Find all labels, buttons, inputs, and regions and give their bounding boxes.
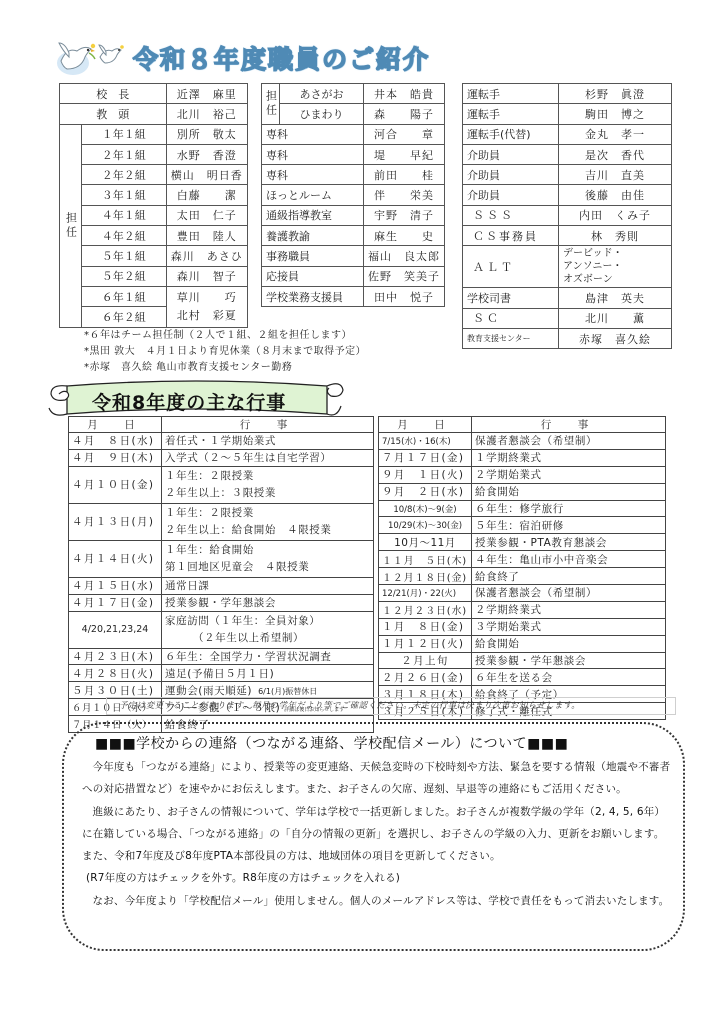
event-main: 運動会(雨天順延) (165, 685, 252, 697)
role-cell: 応接員 (262, 266, 364, 286)
event-note: 6/1(月)振替休日 (258, 687, 317, 696)
event-name: 授業参観・学年懇談会 (162, 594, 374, 611)
event-name: ５年生：宿泊研修 (472, 517, 666, 534)
table-row: 校 長 近澤 麻里 (60, 84, 248, 104)
table-row: 介助員後藤 由佳 (463, 185, 672, 205)
table-row: 事務職員福山 良太郎 (262, 246, 445, 266)
team-teacher-cell: 草川 巧 北村 彩夏 (166, 286, 248, 327)
table-row: ４月１４日(火)１年生：給食開始第１回地区児童会 ４限授業 (69, 540, 374, 577)
table-row: ほっとルーム伴 栄美 (262, 185, 445, 205)
table-row: 担任 あさがお 井本 皓貴 (262, 84, 445, 104)
name-line: デービッド・ (563, 247, 667, 260)
table-row: ５年２組森川 智子 (60, 266, 248, 286)
event-date: 10/8(木)～9(金) (379, 500, 472, 517)
event-name: １年生：給食開始第１回地区児童会 ４限授業 (162, 540, 374, 577)
notice-title: ■■■学校からの連絡（つながる連絡、学校配信メール）について■■■ (95, 733, 568, 753)
name-cell: 佐野 笑美子 (364, 266, 445, 286)
table-row: ６年１組 草川 巧 北村 彩夏 (60, 286, 248, 306)
role-cell: 教 頭 (60, 104, 167, 124)
name-cell: 島津 英夫 (559, 288, 672, 308)
event-line: １年生：２限授業 (165, 468, 370, 485)
event-line: （２年生以上希望制） (165, 630, 370, 647)
name-cell: 後藤 由佳 (559, 185, 672, 205)
class-cell: ひまわり (280, 104, 364, 124)
event-name: 授業参観・学年懇談会 (472, 652, 666, 669)
table-row: ＣＳ事務員林 秀則 (463, 226, 672, 246)
class-cell: あさがお (280, 84, 364, 104)
name-cell: 金丸 孝一 (559, 124, 672, 144)
event-name: ６年生：修学旅行 (472, 500, 666, 517)
role-cell: 運転手(代替) (463, 124, 559, 144)
event-date: ４月１７日(金) (69, 594, 162, 611)
staff-table-principal-homeroom: 校 長 近澤 麻里 教 頭 北川 裕己 担任 １年１組 別所 敬太 ２年１組水野… (59, 83, 248, 328)
notice-paragraph: 進級にあたり、お子さんの情報について、学年は学校で一括更新しました。お子さんが複… (82, 801, 672, 868)
name-line: 北村 彩夏 (171, 307, 244, 325)
name-cell: 堤 早紀 (364, 144, 445, 164)
event-name: 通常日課 (162, 577, 374, 594)
event-name: 給食終了 (472, 568, 666, 585)
role-cell: 運転手 (463, 104, 559, 124)
name-cell: 森川 あさひ (166, 246, 248, 266)
table-row: 運転手(代替)金丸 孝一 (463, 124, 672, 144)
role-cell: 運転手 (463, 84, 559, 104)
class-cell: ４年１組 (82, 205, 167, 225)
event-name: ４年生：亀山市小中音楽会 (472, 551, 666, 568)
notice-body: 今年度も「つながる連絡」により、授業等の変更連絡、天候急変時の下校時刻や方法、緊… (82, 756, 672, 912)
events-table-second-half: 月 日 行 事 7/15(水)・16(木)保護者懇談会（希望制） ７月１７日(金… (378, 416, 666, 720)
event-date: ９月 ２日(水) (379, 483, 472, 500)
table-row: 専科河合 章 (262, 124, 445, 144)
table-header-row: 月 日 行 事 (379, 417, 666, 433)
role-cell: 介助員 (463, 185, 559, 205)
table-row: 学校業務支援員田中 悦子 (262, 286, 445, 306)
event-name: １年生：２限授業２年生以上：給食開始 ４限授業 (162, 503, 374, 540)
table-row: ４月１０日(金)１年生：２限授業２年生以上：３限授業 (69, 466, 374, 503)
table-row: ひまわり 森 陽子 (262, 104, 445, 124)
role-cell: 校 長 (60, 84, 167, 104)
event-name: 給食開始 (472, 483, 666, 500)
name-cell: 伴 栄美 (364, 185, 445, 205)
event-date: ９月 １日(火) (379, 466, 472, 483)
name-cell: 杉野 眞澄 (559, 84, 672, 104)
role-cell: ＳＣ (463, 308, 559, 328)
role-cell: 専科 (262, 165, 364, 185)
class-cell: ６年１組 (82, 286, 167, 306)
staff-table-special: 担任 あさがお 井本 皓貴 ひまわり 森 陽子 専科河合 章 専科堤 早紀 専科… (261, 83, 445, 307)
dove-icon (55, 39, 97, 77)
role-cell: 学校司書 (463, 288, 559, 308)
dove-small-icon (97, 42, 125, 68)
table-row: 教 頭 北川 裕己 (60, 104, 248, 124)
event-date: ４月 ９日(木) (69, 449, 162, 466)
event-date: １１月 ５日(木) (379, 551, 472, 568)
name-cell: 田中 悦子 (364, 286, 445, 306)
table-row: １月１２日(火)給食開始 (379, 635, 666, 652)
name-cell: 前田 桂 (364, 165, 445, 185)
event-line: ２年生以上：給食開始 ４限授業 (165, 522, 370, 539)
table-row: ５年１組森川 あさひ (60, 246, 248, 266)
event-name: ３学期始業式 (472, 618, 666, 635)
event-name: ６年生を送る会 (472, 669, 666, 686)
page-title: 令和８年度職員のご紹介 (133, 40, 430, 76)
table-row: 運転手駒田 博之 (463, 104, 672, 124)
role-cell: 事務職員 (262, 246, 364, 266)
event-date: ４月２３日(木) (69, 648, 162, 665)
note-line: *赤塚 喜久絵 亀山市教育支援センター勤務 (84, 360, 366, 376)
name-cell: 水野 香澄 (166, 144, 248, 164)
note-line: *６年はチーム担任制（２人で１組、２組を担任します） (84, 328, 366, 344)
events-title: 令和8年度の主な行事 (92, 388, 286, 415)
table-row: １２月１８日(金)給食終了 (379, 568, 666, 585)
name-cell: 赤塚 喜久絵 (559, 328, 672, 348)
event-date: 12/21(月)・22(火) (379, 585, 472, 602)
event-date: 7/15(水)・16(木) (379, 433, 472, 450)
table-row: ３年１組白藤 潔 (60, 185, 248, 205)
event-name: ２学期始業式 (472, 466, 666, 483)
event-line: １年生：給食開始 (165, 542, 370, 559)
table-row: ９月 ２日(水)給食開始 (379, 483, 666, 500)
event-name: 授業参観・PTA教育懇談会 (472, 534, 666, 551)
role-cell: 教育支援センター (463, 328, 559, 348)
event-name: 給食開始 (472, 635, 666, 652)
class-cell: ５年１組 (82, 246, 167, 266)
table-row: ４年２組豊田 陸人 (60, 226, 248, 246)
page-header: 令和８年度職員のご紹介 (55, 38, 430, 78)
table-row: ９月 １日(火)２学期始業式 (379, 466, 666, 483)
role-cell: ＣＳ事務員 (463, 226, 559, 246)
table-row: 運転手杉野 眞澄 (463, 84, 672, 104)
table-row: ＳＳＳ内田 くみ子 (463, 205, 672, 225)
role-cell: ＡＬＴ (463, 246, 559, 288)
name-cell: 森 陽子 (364, 104, 445, 124)
events-table-first-half: 月 日 行 事 ４月 ８日(水)着任式・１学期始業式 ４月 ９日(木)入学式（２… (68, 416, 374, 733)
event-date: ２月２６日(金) (379, 669, 472, 686)
event-date: １２月２３日(水) (379, 601, 472, 618)
role-cell: ＳＳＳ (463, 205, 559, 225)
header-event: 行 事 (472, 417, 666, 433)
event-name: 遠足(予備日５月１日) (162, 665, 374, 682)
name-cell: 宇野 清子 (364, 205, 445, 225)
table-row: ２年２組横山 明日香 (60, 165, 248, 185)
role-cell: 介助員 (463, 165, 559, 185)
role-cell: 学校業務支援員 (262, 286, 364, 306)
homeroom-label: 担任 (60, 124, 82, 327)
table-row: ＳＣ北川 薫 (463, 308, 672, 328)
event-date: ４月 ８日(水) (69, 433, 162, 450)
event-date: １月 ８日(金) (379, 618, 472, 635)
event-date: １２月１８日(金) (379, 568, 472, 585)
event-name: 着任式・１学期始業式 (162, 433, 374, 450)
table-row: １月 ８日(金)３学期始業式 (379, 618, 666, 635)
event-date: ４月１４日(火) (69, 540, 162, 577)
table-row: ４年１組太田 仁子 (60, 205, 248, 225)
class-cell: ４年２組 (82, 226, 167, 246)
table-row: 教育支援センター赤塚 喜久絵 (463, 328, 672, 348)
name-cell: 内田 くみ子 (559, 205, 672, 225)
table-row: ４月１３日(月)１年生：２限授業２年生以上：給食開始 ４限授業 (69, 503, 374, 540)
table-row: 専科堤 早紀 (262, 144, 445, 164)
table-row: ２月２６日(金)６年生を送る会 (379, 669, 666, 686)
table-row: ７月１７日(金)１学期終業式 (379, 449, 666, 466)
event-date: １月１２日(火) (379, 635, 472, 652)
event-date: ４月２８日(火) (69, 665, 162, 682)
name-cell: 駒田 博之 (559, 104, 672, 124)
event-date: ４月１５日(水) (69, 577, 162, 594)
role-cell: 介助員 (463, 144, 559, 164)
table-row: 10/29(木)～30(金)５年生：宿泊研修 (379, 517, 666, 534)
table-row: ４月１７日(金)授業参観・学年懇談会 (69, 594, 374, 611)
event-line: 家庭訪問（１年生：全員対象） (165, 613, 370, 630)
table-row: ４月２３日(木)６年生：全国学力・学習状況調査 (69, 648, 374, 665)
name-cell: 北川 薫 (559, 308, 672, 328)
table-row: 介助員是次 香代 (463, 144, 672, 164)
name-cell: 豊田 陸人 (166, 226, 248, 246)
table-row: 7/15(水)・16(木)保護者懇談会（希望制） (379, 433, 666, 450)
class-cell: ２年１組 (82, 144, 167, 164)
table-row: 応接員佐野 笑美子 (262, 266, 445, 286)
table-row: ２月上旬授業参観・学年懇談会 (379, 652, 666, 669)
name-cell: 太田 仁子 (166, 205, 248, 225)
name-cell: 近澤 麻里 (166, 84, 248, 104)
name-cell: 林 秀則 (559, 226, 672, 246)
table-row: ４月１５日(水)通常日課 (69, 577, 374, 594)
event-date: 10/29(木)～30(金) (379, 517, 472, 534)
role-cell: ほっとルーム (262, 185, 364, 205)
table-row: 12/21(月)・22(火)保護者懇談会（希望制） (379, 585, 666, 602)
table-row: 通級指導教室宇野 清子 (262, 205, 445, 225)
name-cell: 是次 香代 (559, 144, 672, 164)
event-name: ２学期終業式 (472, 601, 666, 618)
class-cell: ３年１組 (82, 185, 167, 205)
name-cell: 麻生 史 (364, 226, 445, 246)
table-row: 4/20,21,23,24家庭訪問（１年生：全員対象） （２年生以上希望制） (69, 611, 374, 648)
schedule-disclaimer: 予定は変更することがあります。毎月の学年だより等でご確認ください。未定の行事は決… (106, 697, 676, 715)
class-cell: ５年２組 (82, 266, 167, 286)
event-name: １年生：２限授業２年生以上：３限授業 (162, 466, 374, 503)
table-row: 学校司書島津 英夫 (463, 288, 672, 308)
alt-name-cell: デービッド・ アンソニー・ オズボーン (559, 246, 672, 288)
staff-table-support: 運転手杉野 眞澄 運転手駒田 博之 運転手(代替)金丸 孝一 介助員是次 香代 … (462, 83, 672, 349)
name-cell: 福山 良太郎 (364, 246, 445, 266)
header-date: 月 日 (69, 417, 162, 433)
table-row: 専科前田 桂 (262, 165, 445, 185)
homeroom-label: 担任 (262, 84, 280, 125)
role-cell: 専科 (262, 124, 364, 144)
name-cell: 別所 敬太 (166, 124, 248, 144)
name-cell: 河合 章 (364, 124, 445, 144)
staff-notes: *６年はチーム担任制（２人で１組、２組を担任します） *黒田 敦大 ４月１日より… (84, 328, 366, 376)
event-date: ７月１７日(金) (379, 449, 472, 466)
table-row: 10月～11月授業参観・PTA教育懇談会 (379, 534, 666, 551)
event-date: 10月～11月 (379, 534, 472, 551)
event-date: ４月１０日(金) (69, 466, 162, 503)
note-line: *黒田 敦大 ４月１日より育児休業（８月末まで取得予定） (84, 344, 366, 360)
event-line: 第１回地区児童会 ４限授業 (165, 559, 370, 576)
name-line: アンソニー・ (563, 260, 667, 273)
table-row: 10/8(木)～9(金)６年生：修学旅行 (379, 500, 666, 517)
name-cell: 吉川 直美 (559, 165, 672, 185)
table-row: 介助員吉川 直美 (463, 165, 672, 185)
table-row: １２月２３日(水)２学期終業式 (379, 601, 666, 618)
name-cell: 白藤 潔 (166, 185, 248, 205)
event-name: １学期終業式 (472, 449, 666, 466)
role-cell: 養護教諭 (262, 226, 364, 246)
table-header-row: 月 日 行 事 (69, 417, 374, 433)
table-row: 担任 １年１組 別所 敬太 (60, 124, 248, 144)
event-date: 4/20,21,23,24 (69, 611, 162, 648)
event-date: ２月上旬 (379, 652, 472, 669)
table-row: ４月 ９日(木)入学式（２～５年生は自宅学習） (69, 449, 374, 466)
event-name: 家庭訪問（１年生：全員対象） （２年生以上希望制） (162, 611, 374, 648)
event-name: ６年生：全国学力・学習状況調査 (162, 648, 374, 665)
event-line: ２年生以上：３限授業 (165, 485, 370, 502)
table-row: ２年１組水野 香澄 (60, 144, 248, 164)
event-name: 保護者懇談会（希望制） (472, 585, 666, 602)
notice-paragraph: (R7年度の方はチェックを外す。R8年度の方はチェックを入れる) (82, 867, 672, 889)
notice-paragraph: なお、今年度より「学校配信メール」使用しません。個人のメールアドレス等は、学校で… (82, 890, 672, 912)
class-cell: １年１組 (82, 124, 167, 144)
name-cell: 横山 明日香 (166, 165, 248, 185)
table-row: ４月２８日(火)遠足(予備日５月１日) (69, 665, 374, 682)
table-row: ＡＬＴ デービッド・ アンソニー・ オズボーン (463, 246, 672, 288)
header-event: 行 事 (162, 417, 374, 433)
event-name: 保護者懇談会（希望制） (472, 433, 666, 450)
table-row: １１月 ５日(木)４年生：亀山市小中音楽会 (379, 551, 666, 568)
name-line: 草川 巧 (171, 289, 244, 307)
class-cell: ２年２組 (82, 165, 167, 185)
class-cell: ６年２組 (82, 307, 167, 327)
name-cell: 井本 皓貴 (364, 84, 445, 104)
header-date: 月 日 (379, 417, 472, 433)
name-line: オズボーン (563, 273, 667, 286)
name-cell: 森川 智子 (166, 266, 248, 286)
table-row: 養護教諭麻生 史 (262, 226, 445, 246)
role-cell: 通級指導教室 (262, 205, 364, 225)
event-line: １年生：２限授業 (165, 505, 370, 522)
table-row: ４月 ８日(水)着任式・１学期始業式 (69, 433, 374, 450)
event-name: 入学式（２～５年生は自宅学習） (162, 449, 374, 466)
notice-paragraph: 今年度も「つながる連絡」により、授業等の変更連絡、天候急変時の下校時刻や方法、緊… (82, 756, 672, 801)
role-cell: 専科 (262, 144, 364, 164)
event-date: ４月１３日(月) (69, 503, 162, 540)
name-cell: 北川 裕己 (166, 104, 248, 124)
